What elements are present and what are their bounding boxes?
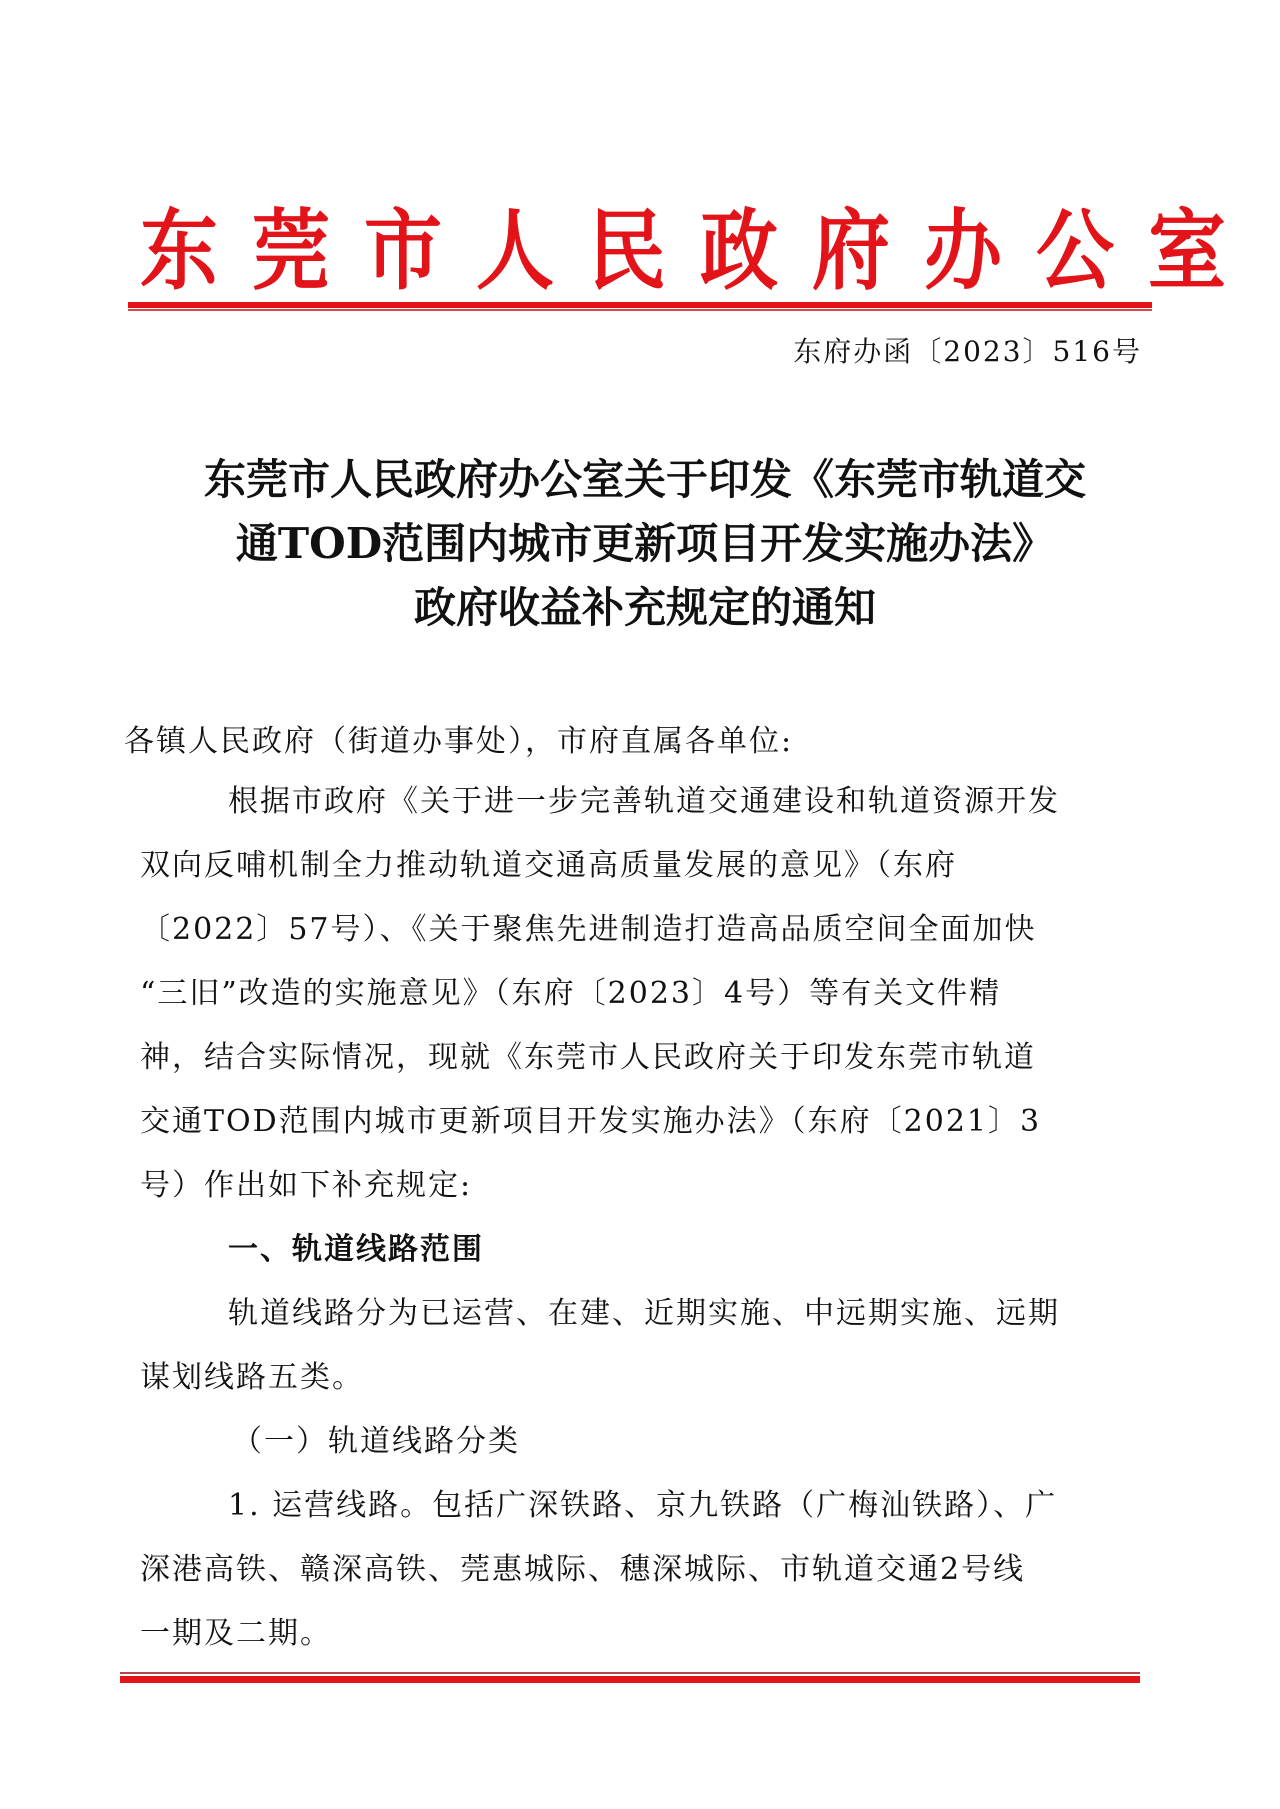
paragraph-line: 根据市政府《关于进一步完善轨道交通建设和轨道资源开发 (228, 782, 1228, 822)
paragraph-line: 深港高铁、赣深高铁、莞惠城际、穗深城际、市轨道交通2号线 (140, 1550, 1140, 1590)
title-line: 东莞市人民政府办公室关于印发《东莞市轨道交 (130, 448, 1160, 512)
paragraph-line: 谋划线路五类。 (140, 1358, 1140, 1398)
subsection-heading: （一）轨道线路分类 (232, 1422, 1232, 1462)
footer-red-rule-thin (120, 1672, 1140, 1674)
issuer-masthead: 东莞市人民政府办公室 (140, 196, 1140, 308)
document-page: 东莞市人民政府办公室 东府办函〔2023〕516号 东莞市人民政府办公室关于印发… (0, 0, 1280, 1809)
paragraph-line: 一期及二期。 (140, 1614, 1140, 1654)
paragraph-line: 1. 运营线路。包括广深铁路、京九铁路（广梅汕铁路）、广 (228, 1486, 1228, 1526)
header-red-rule-thick (128, 302, 1152, 308)
paragraph-line: 交通TOD范围内城市更新项目开发实施办法》（东府〔2021〕3 (140, 1102, 1140, 1142)
header-red-rule-thin (128, 309, 1152, 311)
paragraph-line: 〔2022〕57号）、《关于聚焦先进制造打造高品质空间全面加快 (140, 910, 1140, 950)
footer-red-rule-thick (120, 1676, 1140, 1683)
title-line: 通TOD范围内城市更新项目开发实施办法》 (130, 512, 1160, 576)
document-title: 东莞市人民政府办公室关于印发《东莞市轨道交 通TOD范围内城市更新项目开发实施办… (130, 448, 1160, 640)
salutation: 各镇人民政府（街道办事处），市府直属各单位: (124, 722, 1124, 762)
paragraph-line: 双向反哺机制全力推动轨道交通高质量发展的意见》（东府 (140, 846, 1140, 886)
paragraph-line: 号）作出如下补充规定: (140, 1166, 1140, 1206)
paragraph-line: 轨道线路分为已运营、在建、近期实施、中远期实施、远期 (228, 1294, 1228, 1334)
section-heading: 一、轨道线路范围 (228, 1230, 1228, 1270)
document-number: 东府办函〔2023〕516号 (793, 332, 1142, 372)
paragraph-line: 神，结合实际情况，现就《东莞市人民政府关于印发东莞市轨道 (140, 1038, 1140, 1078)
title-line: 政府收益补充规定的通知 (130, 576, 1160, 640)
paragraph-line: “三旧”改造的实施意见》（东府〔2023〕4号）等有关文件精 (140, 974, 1140, 1014)
